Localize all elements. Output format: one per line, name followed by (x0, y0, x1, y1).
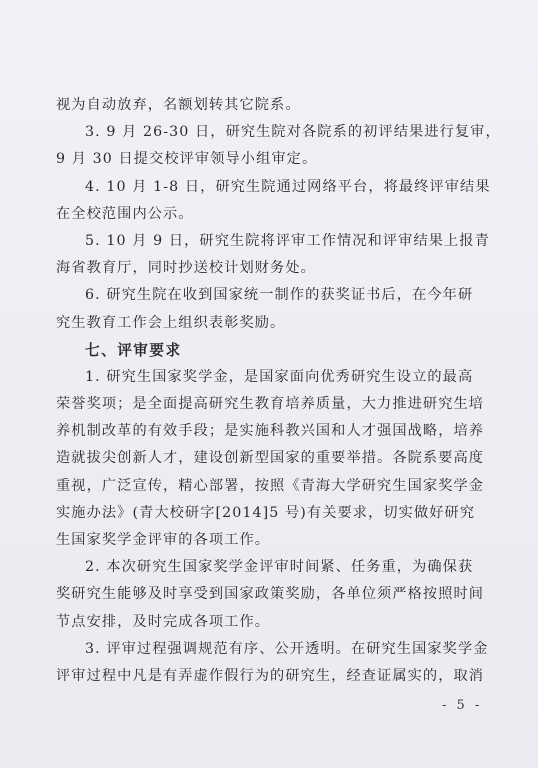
text-line: 荣誉奖项；是全面提高研究生教育培养质量，大力推进研究生培 (56, 391, 486, 418)
text-line: 3. 9 月 26-30 日，研究生院对各院系的初评结果进行复审， (56, 119, 486, 146)
text-line: 究生教育工作会上组织表彰奖励。 (56, 310, 486, 337)
text-line: 生国家奖学金评审的各项工作。 (56, 527, 486, 554)
text-line: 4. 10 月 1-8 日，研究生院通过网络平台，将最终评审结果 (56, 174, 486, 201)
text-line: 视为自动放弃，名额划转其它院系。 (56, 92, 486, 119)
section-heading: 七、评审要求 (56, 337, 486, 364)
document-page: 视为自动放弃，名额划转其它院系。 3. 9 月 26-30 日，研究生院对各院系… (0, 0, 538, 768)
text-line: 2. 本次研究生国家奖学金评审时间紧、任务重，为确保获 (56, 554, 486, 581)
text-line: 9 月 30 日提交校评审领导小组审定。 (56, 146, 486, 173)
text-line: 1. 研究生国家奖学金，是国家面向优秀研究生设立的最高 (56, 364, 486, 391)
page-number: - 5 - (442, 698, 482, 713)
text-line: 评审过程中凡是有弄虚作假行为的研究生，经查证属实的，取消 (56, 663, 486, 690)
text-line: 养机制改革的有效手段；是实施科教兴国和人才强国战略，培养 (56, 418, 486, 445)
text-line: 奖研究生能够及时享受到国家政策奖励，各单位须严格按照时间 (56, 581, 486, 608)
text-line: 造就拔尖创新人才，建设创新型国家的重要举措。各院系要高度 (56, 445, 486, 472)
text-line: 重视，广泛宣传，精心部署，按照《青海大学研究生国家奖学金 (56, 473, 486, 500)
document-body: 视为自动放弃，名额划转其它院系。 3. 9 月 26-30 日，研究生院对各院系… (56, 92, 486, 690)
text-line: 海省教育厅，同时抄送校计划财务处。 (56, 255, 486, 282)
text-line: 5. 10 月 9 日，研究生院将评审工作情况和评审结果上报青 (56, 228, 486, 255)
text-line: 节点安排，及时完成各项工作。 (56, 609, 486, 636)
text-line: 3. 评审过程强调规范有序、公开透明。在研究生国家奖学金 (56, 636, 486, 663)
text-line: 实施办法》(青大校研字[2014]5 号)有关要求，切实做好研究 (56, 500, 486, 527)
text-line: 6. 研究生院在收到国家统一制作的获奖证书后，在今年研 (56, 282, 486, 309)
text-line: 在全校范围内公示。 (56, 201, 486, 228)
